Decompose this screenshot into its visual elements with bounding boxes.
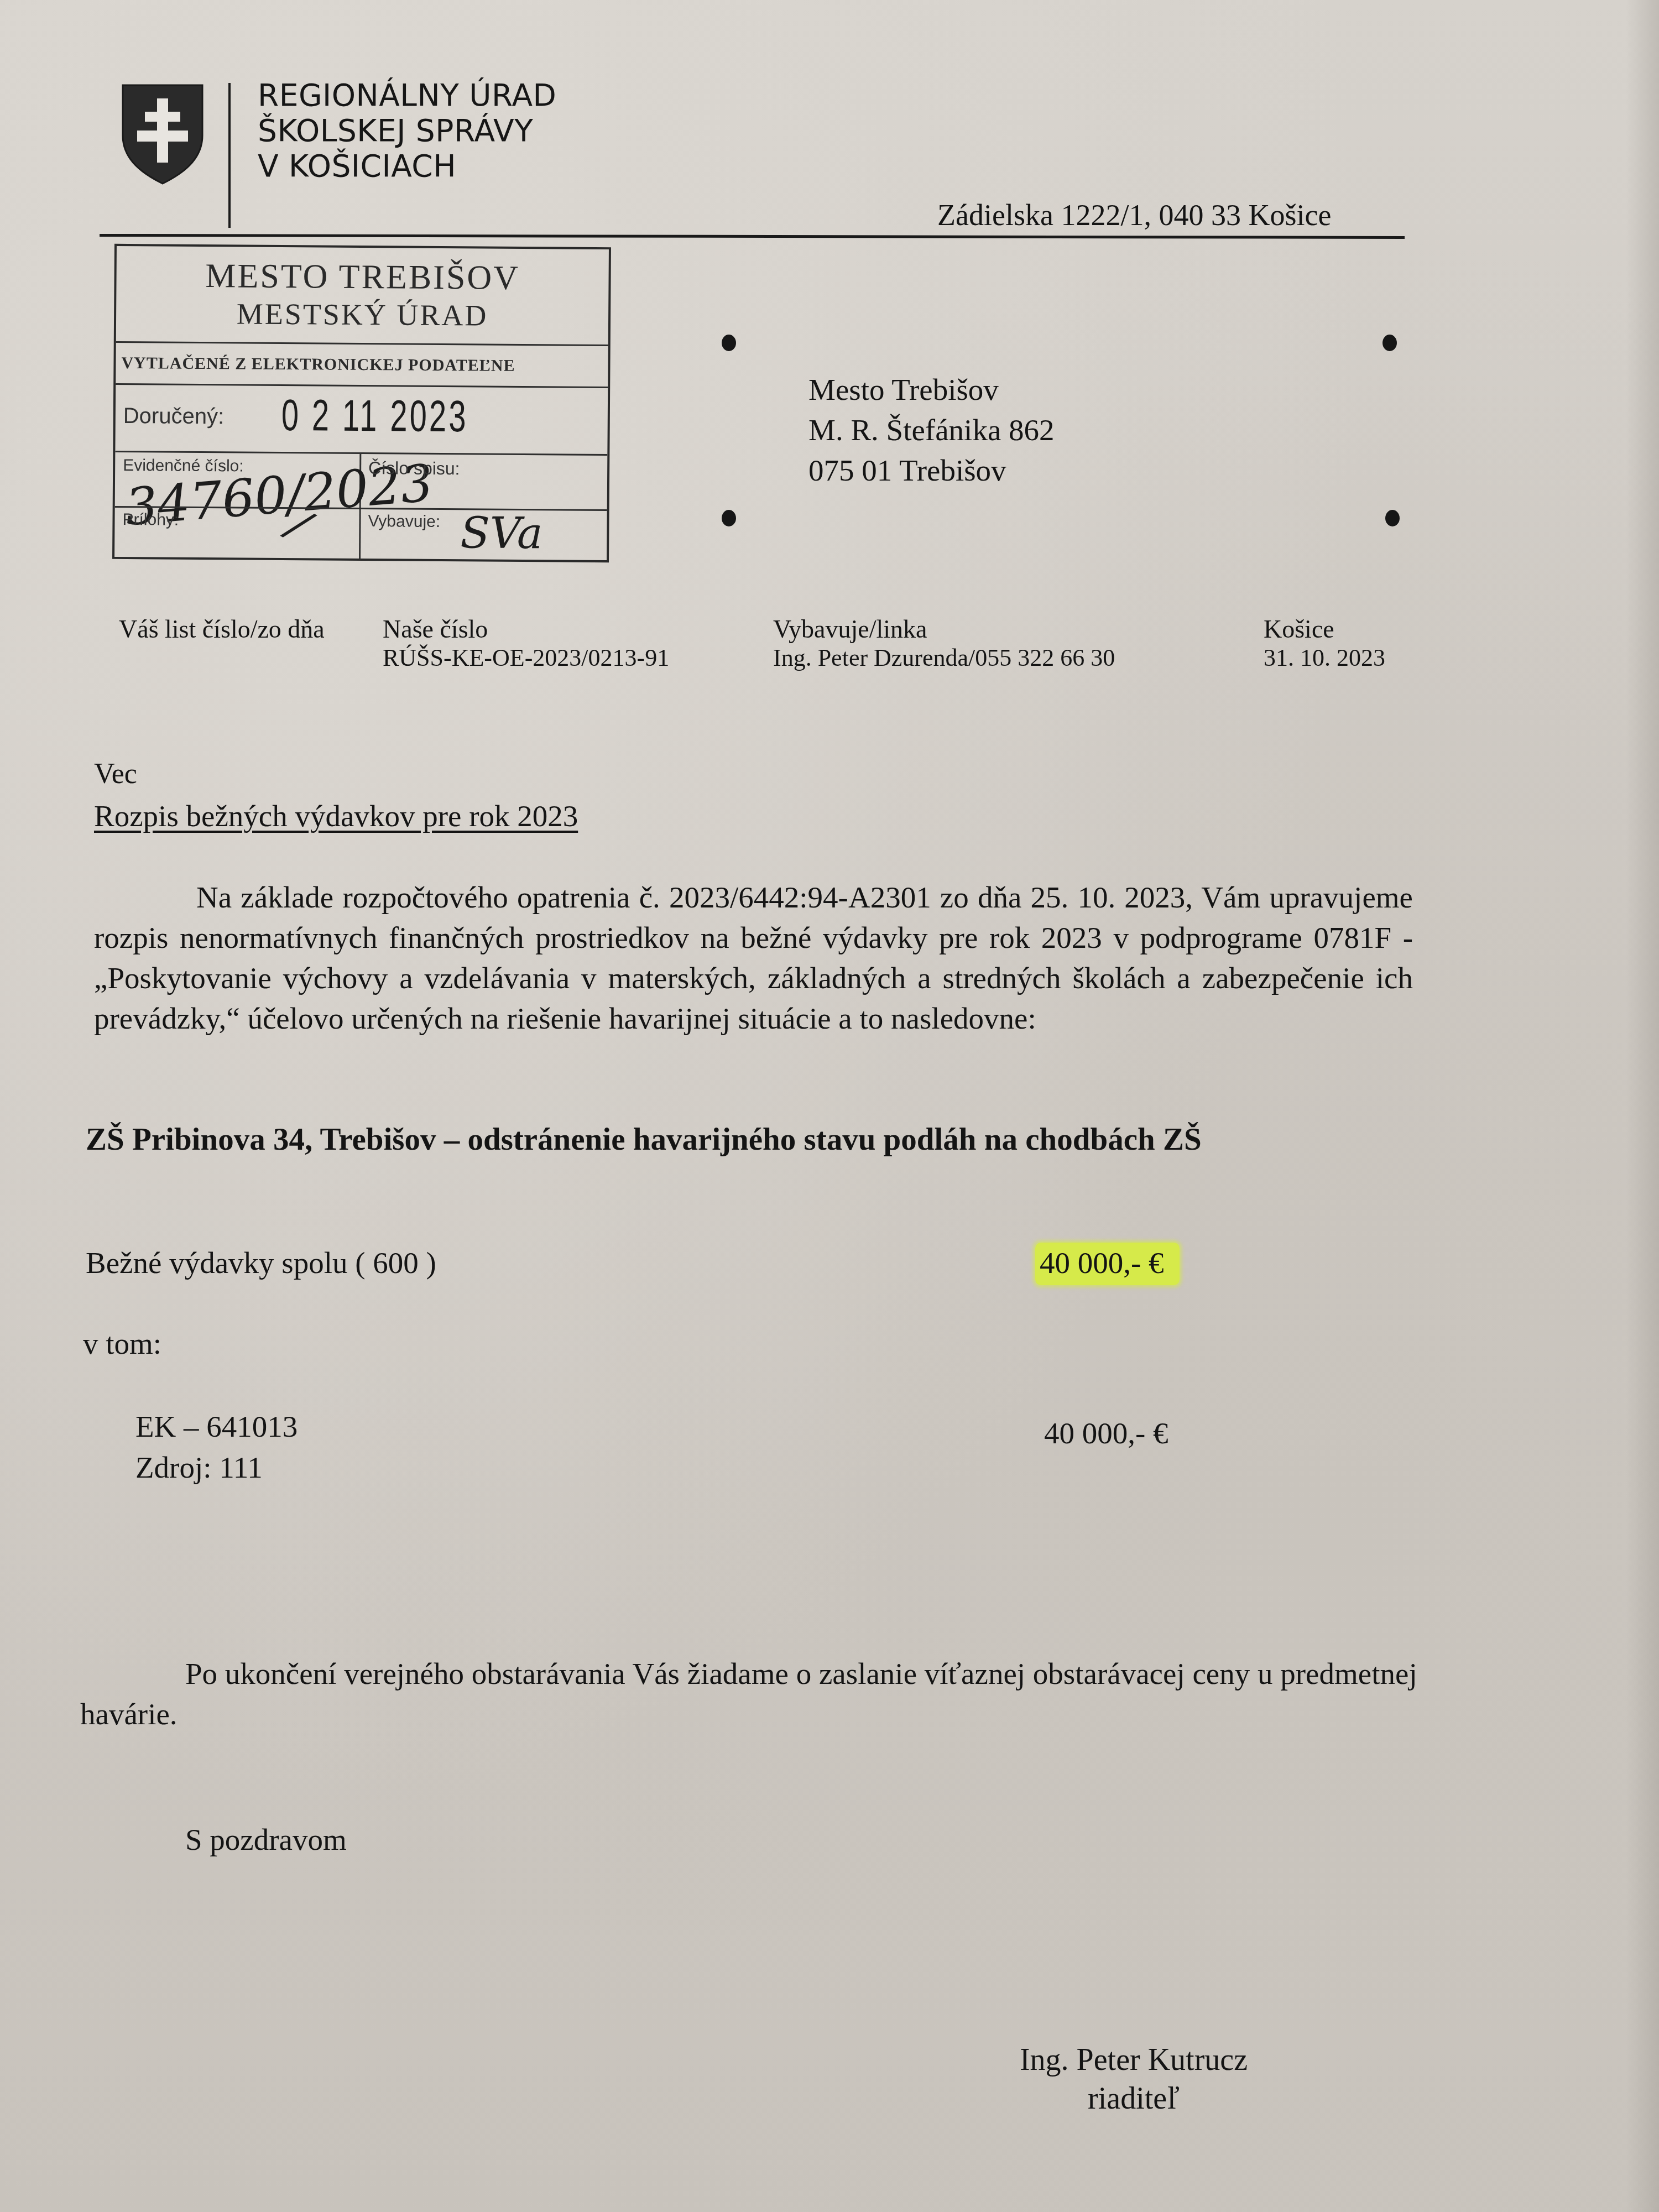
- recipient-line-2: M. R. Štefánika 862: [808, 410, 1055, 450]
- stamp-delivered-date: 0 2 11 2023: [281, 390, 469, 442]
- recipient-address: Mesto Trebišov M. R. Štefánika 862 075 0…: [808, 369, 1055, 491]
- school-project-line: ZŠ Pribinova 34, Trebišov – odstránenie …: [86, 1121, 1202, 1157]
- punch-dot: [1385, 510, 1400, 526]
- ref-place-label: Košice: [1264, 615, 1385, 644]
- body-paragraph: Na základe rozpočtového opatrenia č. 202…: [94, 877, 1413, 1039]
- org-line-1: REGIONÁLNY ÚRAD: [258, 77, 556, 113]
- stamp-subtitle: MESTSKÝ ÚRAD: [116, 296, 608, 333]
- ref-handled-by: Vybavuje/linka Ing. Peter Dzurenda/055 3…: [773, 615, 1115, 672]
- ref-our-number-label: Naše číslo: [383, 615, 669, 644]
- stamp-file-label: Číslo spisu:: [368, 458, 460, 479]
- stamp-divider: [115, 451, 607, 456]
- signature-block: Ing. Peter Kutrucz riaditeľ: [940, 2041, 1327, 2118]
- sender-address: Zádielska 1222/1, 040 33 Košice: [937, 198, 1331, 232]
- header-rule: [100, 234, 1405, 239]
- stamp-divider: [116, 383, 608, 388]
- ref-our-number-value: RÚŠS-KE-OE-2023/0213-91: [383, 644, 669, 672]
- punch-dot: [722, 335, 736, 351]
- ek-code-label: EK – 641013: [135, 1409, 298, 1444]
- subject-label: Vec: [94, 758, 137, 790]
- stamp-handler-label: Vybavuje:: [368, 512, 440, 531]
- slovak-coat-of-arms-icon: [121, 83, 205, 185]
- signatory-name: Ing. Peter Kutrucz: [940, 2041, 1327, 2079]
- highlighted-amount: 40 000,- €: [1035, 1243, 1180, 1285]
- ref-your-letter-label: Váš list číslo/zo dňa: [119, 615, 325, 644]
- ref-handled-by-label: Vybavuje/linka: [773, 615, 1115, 644]
- total-expenses-amount: 40 000,- €: [1035, 1245, 1180, 1280]
- stamp-title: MESTO TREBIŠOV: [116, 256, 608, 298]
- stamp-divider: [116, 341, 608, 346]
- stamp-electronic-note: VYTLAČENÉ Z ELEKTRONICKEJ PODATEĽNE: [121, 354, 604, 376]
- org-line-2: ŠKOLSKEJ SPRÁVY: [258, 113, 556, 148]
- ref-our-number: Naše číslo RÚŠS-KE-OE-2023/0213-91: [383, 615, 669, 672]
- ek-amount: 40 000,- €: [1044, 1416, 1168, 1451]
- greeting: S pozdravom: [185, 1822, 347, 1857]
- ref-date-value: 31. 10. 2023: [1264, 644, 1385, 672]
- punch-dot: [1383, 335, 1397, 351]
- source-label: Zdroj: 111: [135, 1450, 263, 1485]
- header-divider: [228, 83, 231, 228]
- signatory-title: riaditeľ: [940, 2079, 1327, 2118]
- closing-paragraph: Po ukončení verejného obstarávania Vás ž…: [80, 1653, 1430, 1734]
- stamp-attachments-label: Prílohy:: [122, 510, 179, 530]
- breakdown-label: v tom:: [83, 1326, 161, 1361]
- recipient-line-3: 075 01 Trebišov: [808, 450, 1055, 491]
- ref-handled-by-value: Ing. Peter Dzurenda/055 322 66 30: [773, 644, 1115, 672]
- stamp-handler-value: SVa: [460, 508, 543, 559]
- letter-page: REGIONÁLNY ÚRAD ŠKOLSKEJ SPRÁVY V KOŠICI…: [0, 0, 1659, 2212]
- receipt-stamp: MESTO TREBIŠOV MESTSKÝ ÚRAD VYTLAČENÉ Z …: [112, 244, 611, 562]
- ref-place-date: Košice 31. 10. 2023: [1264, 615, 1385, 672]
- recipient-line-1: Mesto Trebišov: [808, 369, 1055, 410]
- org-line-3: V KOŠICIACH: [258, 148, 556, 184]
- stamp-delivered-label: Doručený:: [123, 404, 225, 429]
- ref-your-letter: Váš list číslo/zo dňa: [119, 615, 325, 644]
- paper-edge-shadow: [1626, 0, 1659, 2212]
- total-expenses-label: Bežné výdavky spolu ( 600 ): [86, 1245, 436, 1280]
- organization-name: REGIONÁLNY ÚRAD ŠKOLSKEJ SPRÁVY V KOŠICI…: [258, 77, 556, 184]
- punch-dot: [722, 510, 736, 526]
- subject-title: Rozpis bežných výdavkov pre rok 2023: [94, 799, 578, 833]
